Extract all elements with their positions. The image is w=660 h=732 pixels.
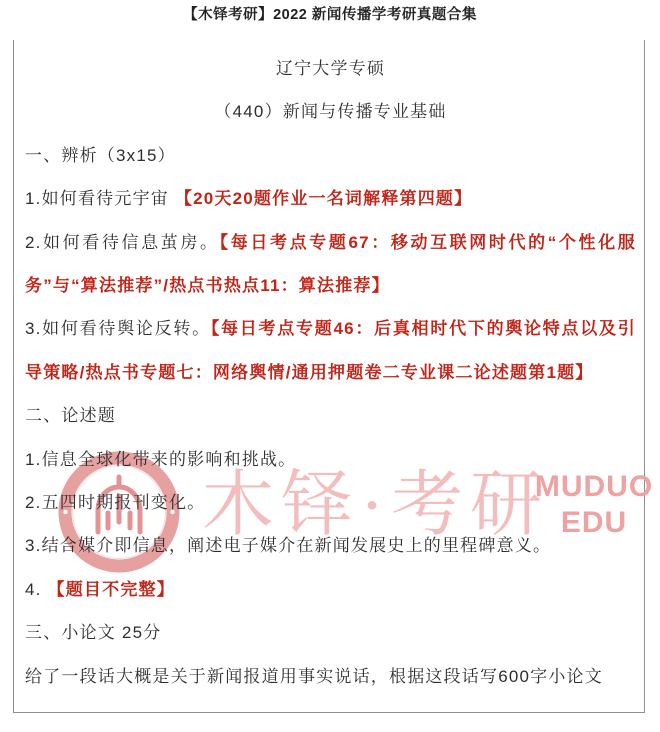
- question-text: 4.: [25, 580, 48, 599]
- section-1-heading: 一、辨析（3x15）: [25, 134, 636, 177]
- section-3-heading: 三、小论文 25分: [25, 611, 636, 654]
- doc-title-subject: （440）新闻与传播专业基础: [25, 90, 636, 133]
- essay-item-3: 3.结合媒介即信息，阐述电子媒介在新闻发展史上的里程碑意义。: [25, 524, 636, 567]
- note-text: 给了一段话大概是关于新闻报道用事实说话，根据这段话写600字小论文: [25, 667, 603, 686]
- question-source-highlight: 【20天20题作业一名词解释第四题】: [175, 189, 472, 208]
- question-item-2: 2.如何看待信息茧房。【每日考点专题67：移动互联网时代的“个性化服务”与“算法…: [25, 221, 636, 308]
- question-item-3: 3.如何看待舆论反转。【每日考点专题46：后真相时代下的舆论特点以及引导策略/热…: [25, 307, 636, 394]
- question-text: 2.如何看待信息茧房。: [25, 233, 220, 252]
- page-content: 辽宁大学专硕 （440）新闻与传播专业基础 一、辨析（3x15） 1.如何看待元…: [13, 40, 645, 698]
- essay-item-2: 2.五四时期报刊变化。: [25, 481, 636, 524]
- section-2-heading: 二、论述题: [25, 394, 636, 437]
- heading-text: 一、辨析（3x15）: [25, 146, 176, 165]
- essay-item-1: 1.信息全球化带来的影响和挑战。: [25, 438, 636, 481]
- heading-text: 三、小论文 25分: [25, 623, 161, 642]
- question-text: 2.五四时期报刊变化。: [25, 493, 205, 512]
- document-header-title: 【木铎考研】2022 新闻传播学考研真题合集: [0, 3, 660, 24]
- note-line: 给了一段话大概是关于新闻报道用事实说话，根据这段话写600字小论文: [25, 655, 636, 698]
- incomplete-note-highlight: 【题目不完整】: [48, 580, 175, 599]
- title-text: 辽宁大学专硕: [276, 59, 385, 78]
- title-text: （440）新闻与传播专业基础: [214, 102, 446, 121]
- question-text: 1.信息全球化带来的影响和挑战。: [25, 450, 296, 469]
- question-text: 1.如何看待元宇宙: [25, 189, 175, 208]
- question-item-1: 1.如何看待元宇宙 【20天20题作业一名词解释第四题】: [25, 177, 636, 220]
- question-text: 3.如何看待舆论反转。: [25, 319, 211, 338]
- essay-item-4: 4. 【题目不完整】: [25, 568, 636, 611]
- heading-text: 二、论述题: [25, 406, 116, 425]
- question-text: 3.结合媒介即信息，阐述电子媒介在新闻发展史上的里程碑意义。: [25, 536, 551, 555]
- doc-title-school: 辽宁大学专硕: [25, 47, 636, 90]
